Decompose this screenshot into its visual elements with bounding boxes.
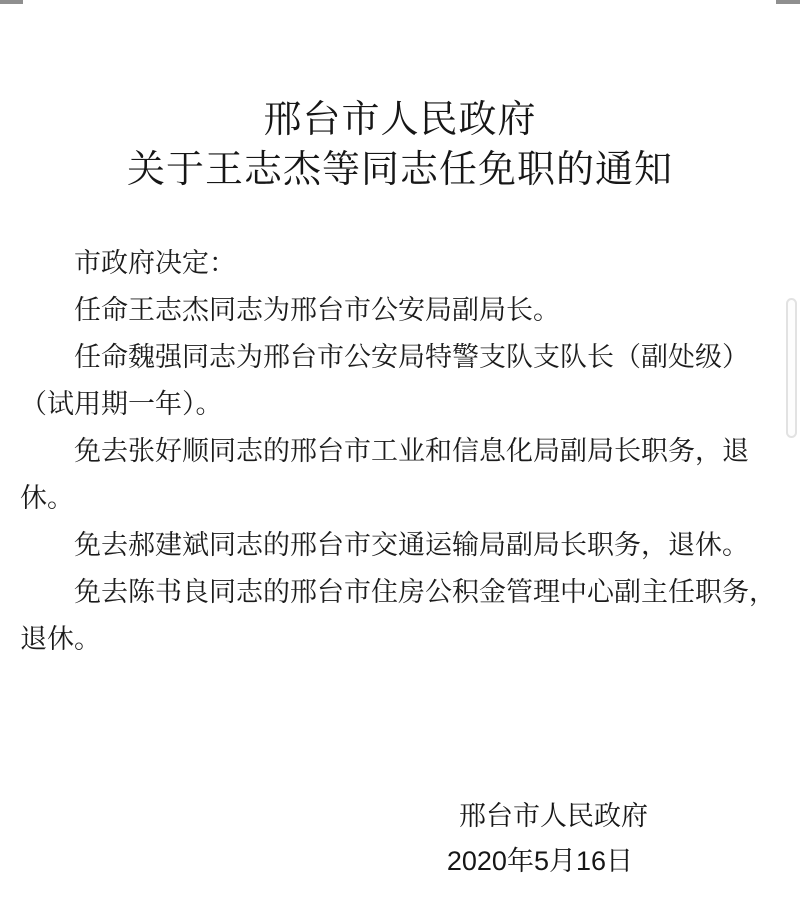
body-line: （试用期一年）。 [20, 381, 770, 428]
document-body: 市政府决定： 任命王志杰同志为邢台市公安局副局长。 任命魏强同志为邢台市公安局特… [0, 240, 800, 663]
body-line: 任命魏强同志为邢台市公安局特警支队支队长（副处级） [20, 334, 770, 381]
document-title: 邢台市人民政府 关于王志杰等同志任免职的通知 [0, 0, 800, 195]
body-line: 免去郝建斌同志的邢台市交通运输局副局长职务，退休。 [20, 522, 770, 569]
body-line: 免去张好顺同志的邢台市工业和信息化局副局长职务，退 [20, 428, 770, 475]
title-line-subject: 关于王志杰等同志任免职的通知 [0, 145, 800, 195]
body-line: 市政府决定： [20, 240, 770, 287]
body-line: 休。 [20, 475, 770, 522]
body-line: 任命王志杰同志为邢台市公安局副局长。 [20, 287, 770, 334]
title-line-issuer: 邢台市人民政府 [0, 95, 800, 145]
signature-issuer: 邢台市人民政府 [0, 794, 800, 839]
signature-date: 2020年5月16日 [0, 839, 800, 884]
signature-block: 邢台市人民政府 2020年5月16日 [0, 794, 800, 884]
body-line: 免去陈书良同志的邢台市住房公积金管理中心副主任职务， [20, 569, 770, 616]
document-page: 邢台市人民政府 关于王志杰等同志任免职的通知 市政府决定： 任命王志杰同志为邢台… [0, 0, 800, 905]
notice-document: 邢台市人民政府 关于王志杰等同志任免职的通知 市政府决定： 任命王志杰同志为邢台… [0, 0, 800, 905]
body-line: 退休。 [20, 616, 770, 663]
